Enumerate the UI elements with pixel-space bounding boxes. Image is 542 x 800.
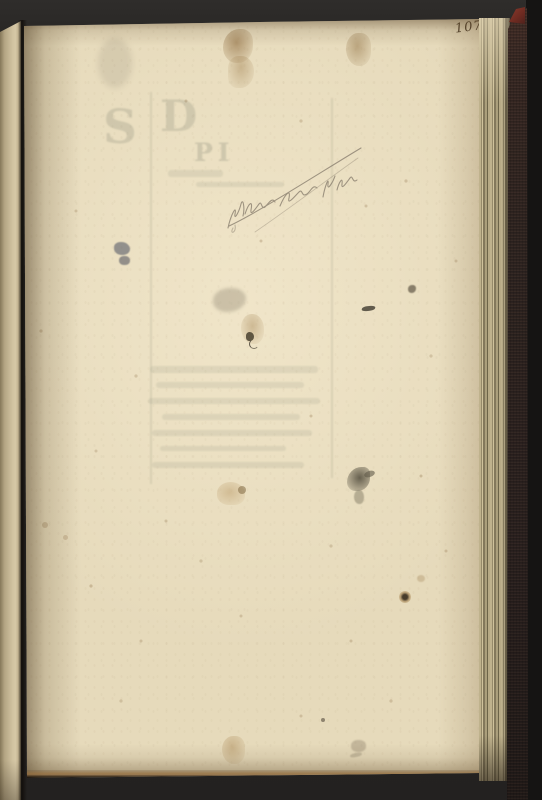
bleedthrough-initial-s: S [103,100,137,155]
page-gutter-shading [23,19,81,779]
bleedthrough-border-rule-left [150,92,152,484]
ring-spot [399,591,411,603]
foxing-freckles [0,0,2,2]
blue-mark-upper [114,242,130,255]
bleedthrough-text-line [152,430,312,436]
leather-cover-texture [507,5,528,800]
ink-splat-tail [354,490,364,504]
page-bottom-edge-line [25,770,483,779]
cover-corner-red-tip [509,7,525,24]
freckle-bottom [321,718,325,722]
bleedthrough-text-line [162,414,300,420]
backdrop-right [526,0,542,800]
blue-mark-lower [119,256,130,265]
tan-stain-dark-dot [238,486,246,494]
blank-book-page: S D PI [0,0,542,800]
fore-edge-page-block [479,18,510,781]
page-top-shading [22,18,484,46]
bleedthrough-text-line [150,366,318,373]
bleedthrough-text-line [148,398,320,404]
bleedthrough-letter-d: D [160,92,197,142]
bleedthrough-text-line [160,446,286,451]
signature-scribble [225,142,365,237]
bleedthrough-text-line [152,462,304,468]
ink-arc-mark [249,339,259,349]
bleedthrough-text-line [168,170,223,177]
faint-dot [417,575,425,582]
bleedthrough-text-line [156,382,304,388]
page-right-shading [438,19,482,775]
book-scan-photo: S D PI [0,0,542,800]
